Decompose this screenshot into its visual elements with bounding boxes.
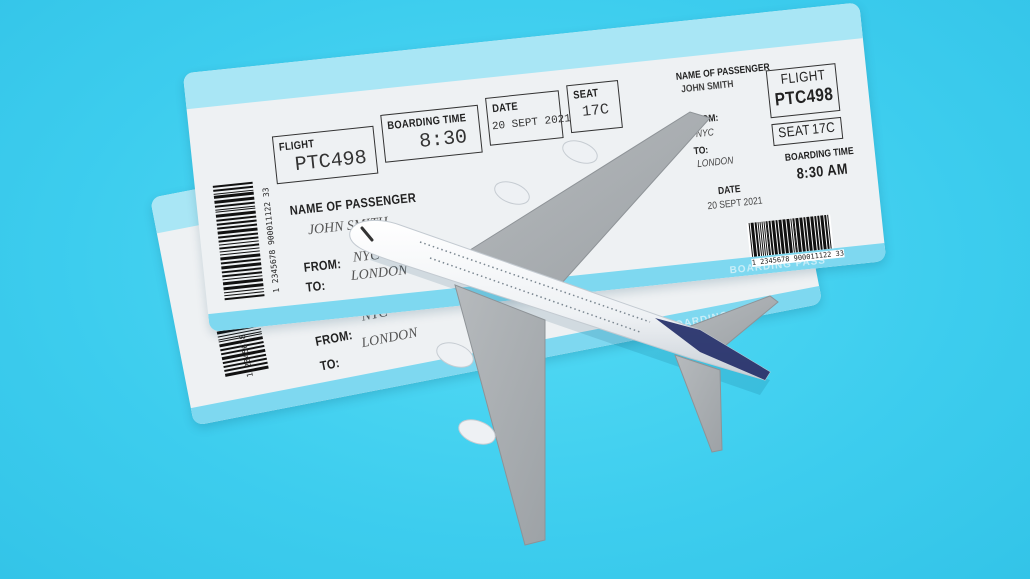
lower-wing (455, 285, 545, 545)
photo-scene: BOARDING PASS 1 2345678 900011122 33 FRO… (0, 0, 1030, 579)
toy-airplane (0, 0, 1030, 579)
